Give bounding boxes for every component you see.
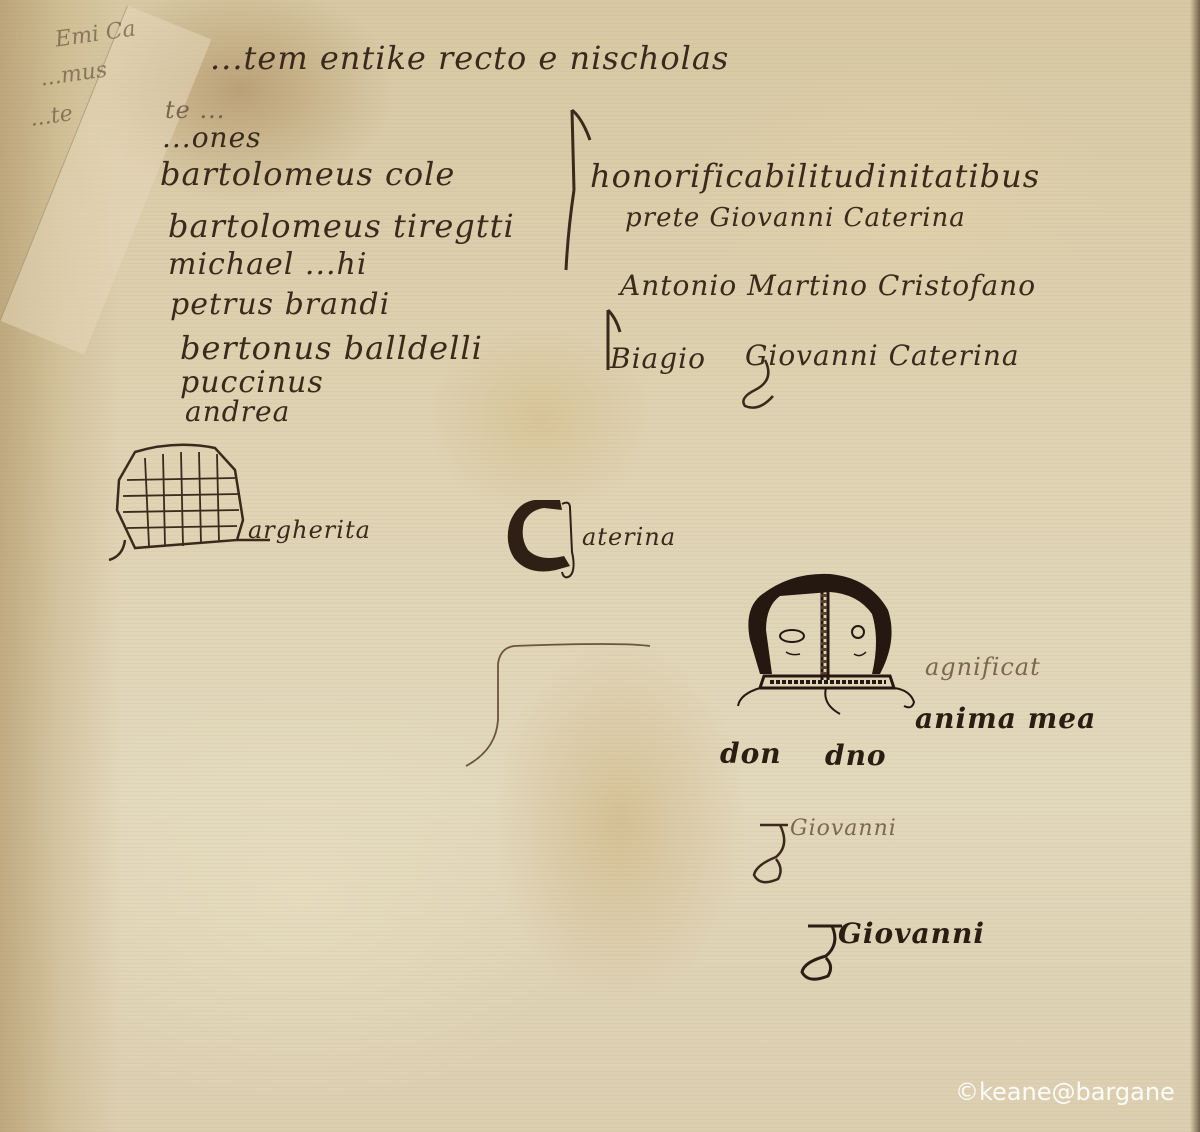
right-line-2: prete Giovanni Caterina xyxy=(625,205,966,231)
page-right-edge-shadow xyxy=(1190,0,1200,1132)
caterina-text: C aterina xyxy=(582,525,676,549)
header-line: ...tem entike recto e nischolas xyxy=(210,42,729,74)
margherita-rest: argherita xyxy=(248,516,371,544)
giovanni-signature-2: Giovanni xyxy=(838,920,985,948)
right-line-3: Antonio Martino Cristofano xyxy=(620,272,1036,300)
list-item: puccinus xyxy=(180,368,324,398)
face-initial-m-icon xyxy=(730,570,920,720)
magnificat-line-1: M agnificat xyxy=(925,655,1041,679)
list-item: bartolomeus cole xyxy=(160,158,455,190)
manuscript-page: Emi Ca ...mus ...te ...tem entike recto … xyxy=(0,0,1200,1132)
list-item: andrea xyxy=(185,398,290,426)
list-item: ...ones xyxy=(162,124,262,152)
giovanni-signature-1: Giovanni xyxy=(790,818,897,840)
copyright-watermark: ©keane@bargane xyxy=(955,1078,1175,1106)
magnificat-line-3-b: dno xyxy=(825,742,887,770)
magnificat-line-2: anima mea xyxy=(915,705,1096,733)
list-item: petrus brandi xyxy=(170,290,390,320)
magnificat-line-3-a: don xyxy=(720,740,782,768)
right-line-4-a: Biagio xyxy=(610,345,706,373)
magnificat-rest: agnificat xyxy=(925,653,1041,681)
list-item: michael ...hi xyxy=(168,250,367,280)
margherita-text: M argherita xyxy=(248,518,371,542)
caterina-rest: aterina xyxy=(582,523,676,551)
g-loop-flourish-icon xyxy=(735,340,795,410)
list-item: bartolomeus tiregtti xyxy=(168,210,515,242)
list-item: te ... xyxy=(165,98,225,122)
list-item: bertonus balldelli xyxy=(180,332,483,364)
faint-bracket-line-icon xyxy=(460,640,660,780)
grid-initial-m-icon xyxy=(105,440,275,575)
right-line-1: honorificabilitudinitatibus xyxy=(590,160,1040,192)
